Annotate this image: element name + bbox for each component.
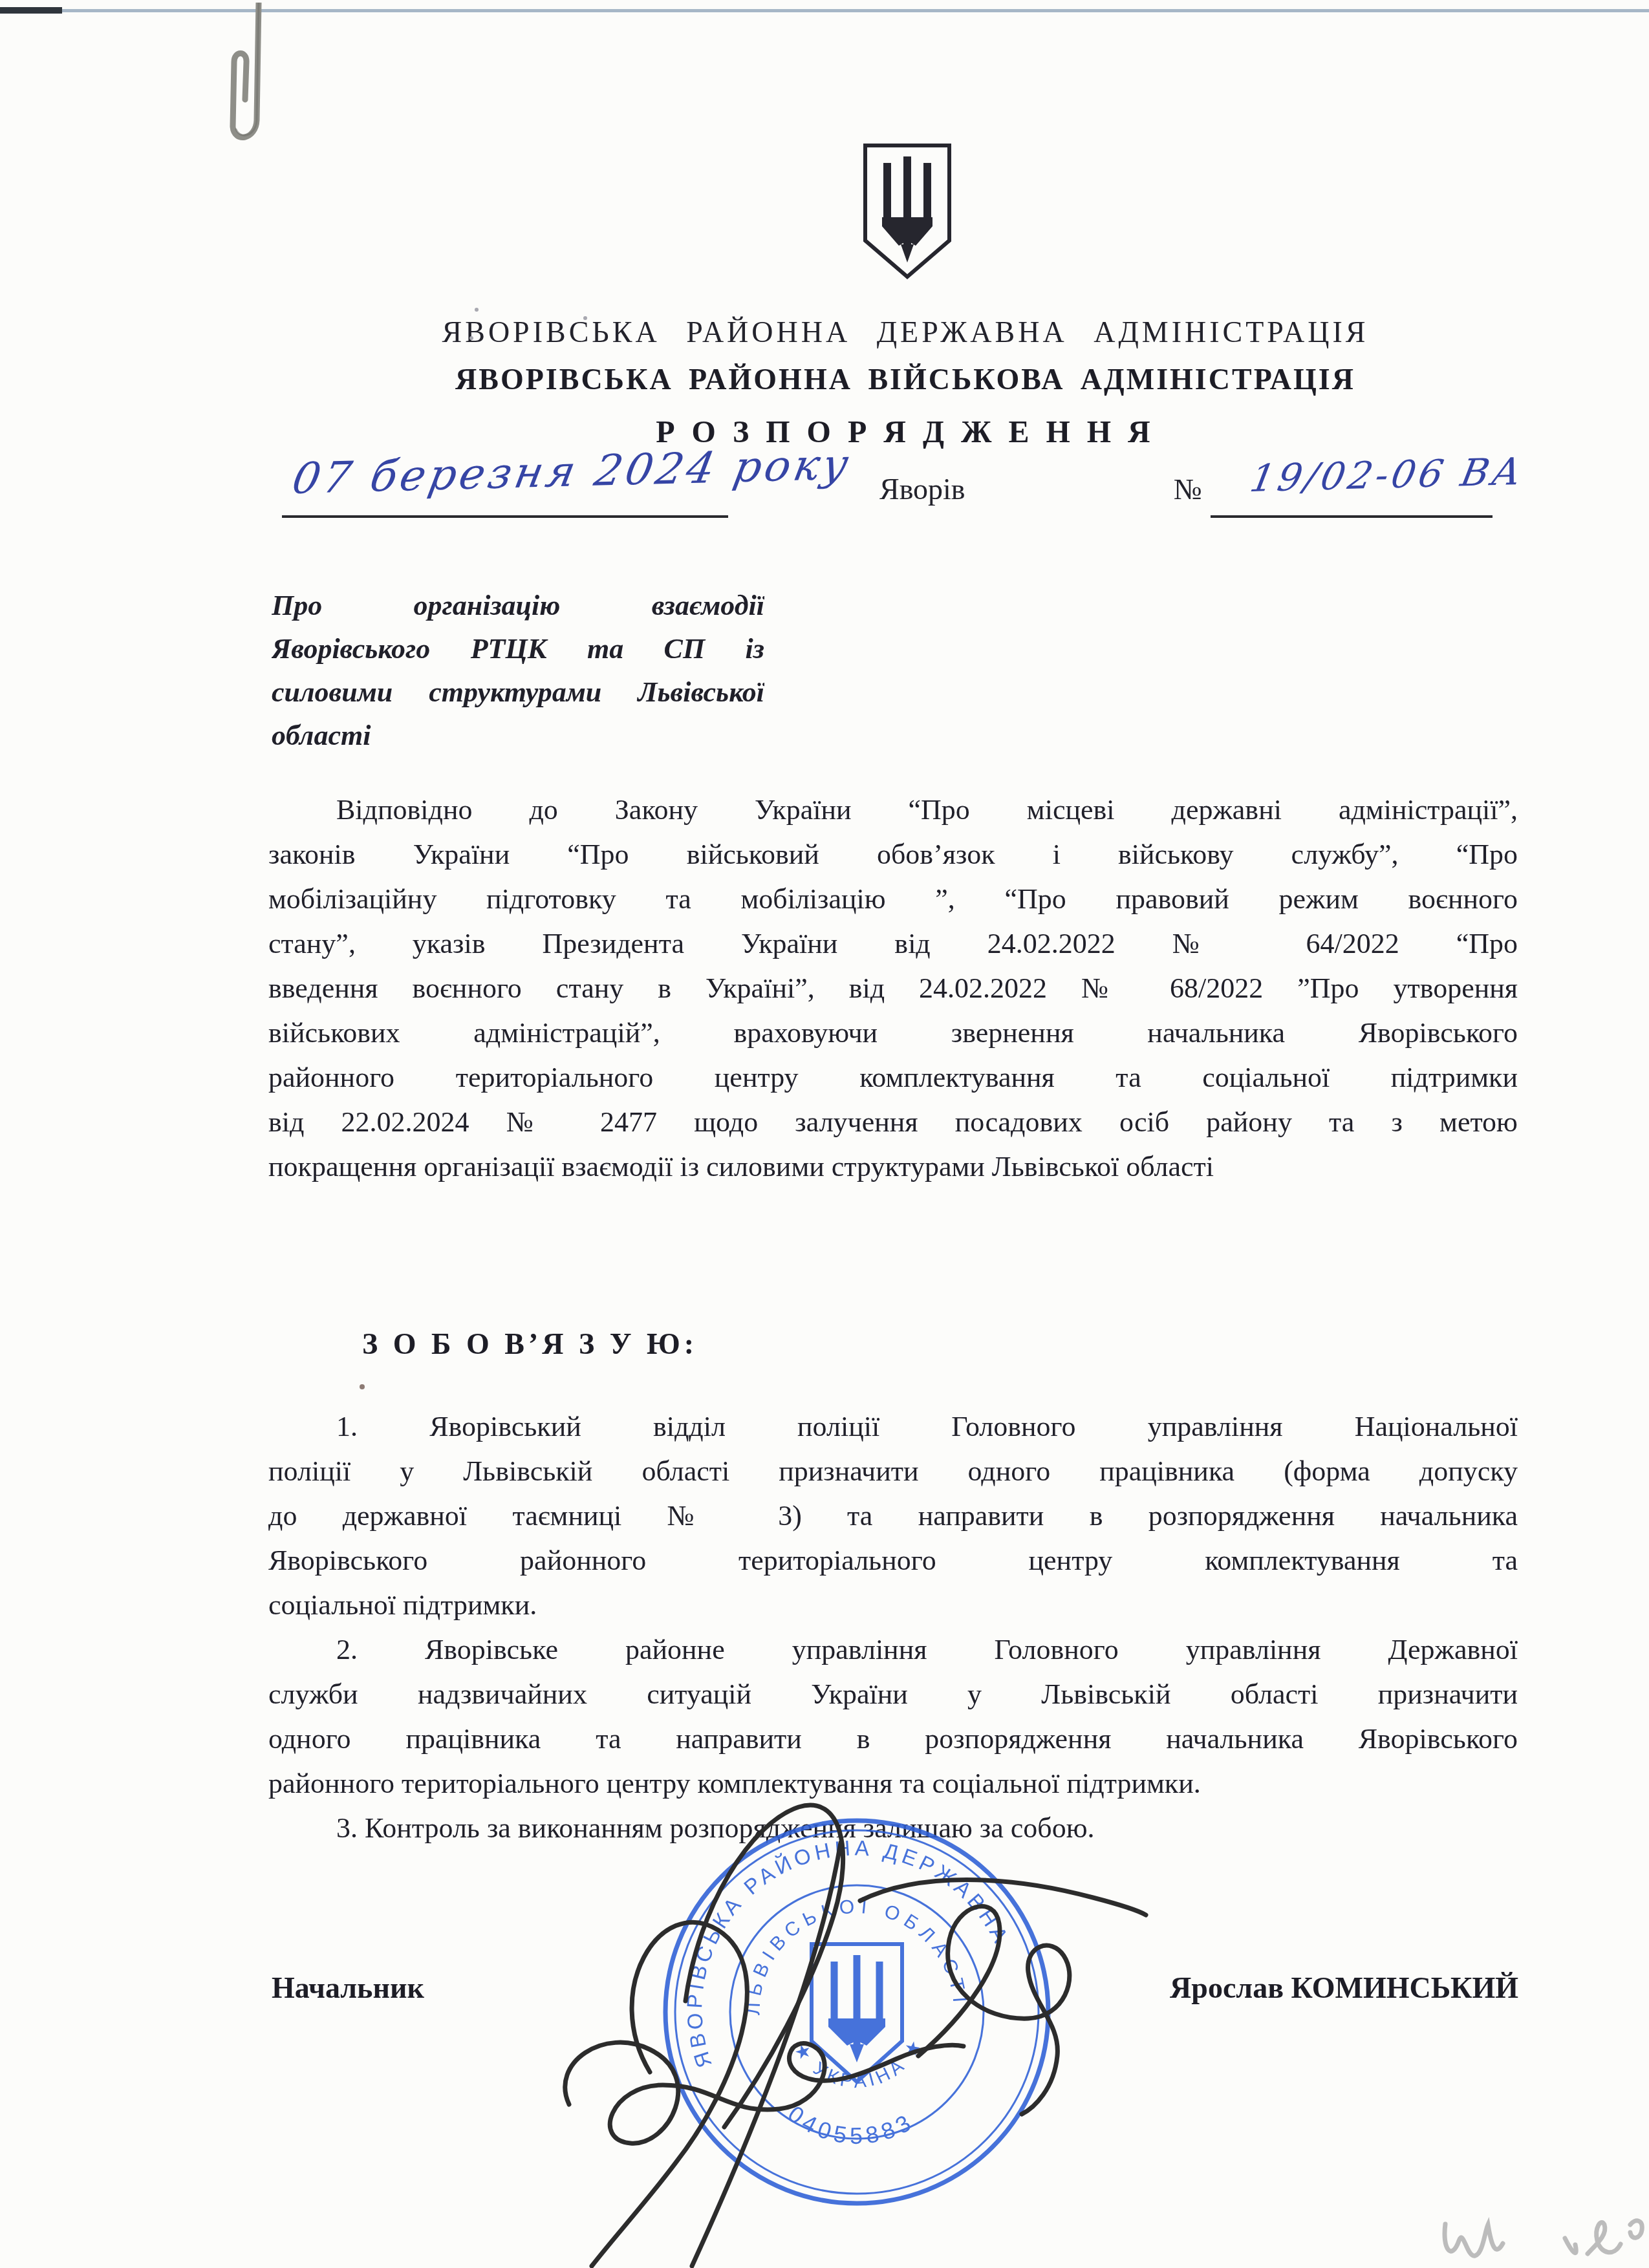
preamble-paragraph: Відповідно до Закону України “Про місцев… (268, 787, 1518, 1189)
item-2: 2. Яворівське районне управління Головно… (268, 1627, 1518, 1806)
text-line: введення воєнного стану в Україні”, від … (268, 966, 1518, 1011)
text-line: поліції у Львівській області призначити … (268, 1449, 1518, 1493)
number-sign: № (1174, 472, 1202, 506)
text-line: районного територіального центру комплек… (268, 1055, 1518, 1100)
text-line: силовими структурами Львівської (272, 670, 764, 714)
scan-edge-corner (0, 7, 62, 14)
org-name-military-administration: ЯВОРІВСЬКА РАЙОННА ВІЙСЬКОВА АДМІНІСТРАЦ… (272, 362, 1539, 396)
pencil-smudge-marks (1445, 2221, 1642, 2256)
text-line: соціальної підтримки. (268, 1583, 1518, 1627)
text-line: до державної таємниці № 3) та направити … (268, 1493, 1518, 1538)
items-section: 1. Яворівський відділ поліції Головного … (268, 1404, 1518, 1850)
obligate-heading: З О Б О В’Я З У Ю: (362, 1327, 698, 1361)
text-line: мобілізаційну підготовку та мобілізацію … (268, 877, 1518, 921)
signer-name: Ярослав КОМИНСЬКИЙ (1170, 1971, 1518, 2005)
place-label: Яворів (879, 472, 965, 506)
scanned-document-page: ЯВОРІВСЬКА РАЙОННА ДЕРЖАВНА АДМІНІСТРАЦІ… (0, 0, 1649, 2268)
text-line: 2. Яворівське районне управління Головно… (268, 1627, 1518, 1672)
signer-position-title: Начальник (272, 1971, 424, 2005)
handwritten-number: 19/02-06 ВА (1247, 449, 1528, 500)
date-underline (282, 515, 728, 518)
text-line: області (272, 714, 764, 757)
text-line: покращення організації взаємодії із сило… (268, 1144, 1518, 1189)
text-line: стану”, указів Президента України від 24… (268, 921, 1518, 966)
text-line: Відповідно до Закону України “Про місцев… (268, 787, 1518, 832)
text-line: законів України “Про військовий обов’язо… (268, 832, 1518, 877)
paperclip-icon (219, 3, 270, 158)
text-line: Про організацію взаємодії (272, 584, 764, 627)
item-1: 1. Яворівський відділ поліції Головного … (268, 1404, 1518, 1627)
text-line: 1. Яворівський відділ поліції Головного … (268, 1404, 1518, 1449)
number-underline (1211, 515, 1493, 518)
subject-block: Про організацію взаємодіїЯворівського РТ… (272, 584, 764, 757)
document-type-title: Р О З П О Р Я Д Ж Е Н Н Я (272, 414, 1539, 450)
org-name-state-administration: ЯВОРІВСЬКА РАЙОННА ДЕРЖАВНА АДМІНІСТРАЦІ… (272, 315, 1539, 349)
text-line: Яворівського РТЦК та СП із (272, 627, 764, 670)
trident-emblem-icon (860, 142, 954, 282)
official-round-stamp: ЯВОРІВСЬКА РАЙОННА ДЕРЖАВНА АДМІНІСТРАЦІ… (650, 1805, 1064, 2219)
text-line: військових адміністрацій”, враховуючи зв… (268, 1011, 1518, 1055)
text-line: від 22.02.2024 № 2477 щодо залучення пос… (268, 1100, 1518, 1144)
text-line: Яворівського районного територіального ц… (268, 1538, 1518, 1583)
stamp-code-text: 04055883 (783, 2101, 919, 2149)
text-line: служби надзвичайних ситуацій України у Л… (268, 1672, 1518, 1717)
text-line: районного територіального центру комплек… (268, 1761, 1518, 1806)
text-line: одного працівника та направити в розпоря… (268, 1717, 1518, 1761)
